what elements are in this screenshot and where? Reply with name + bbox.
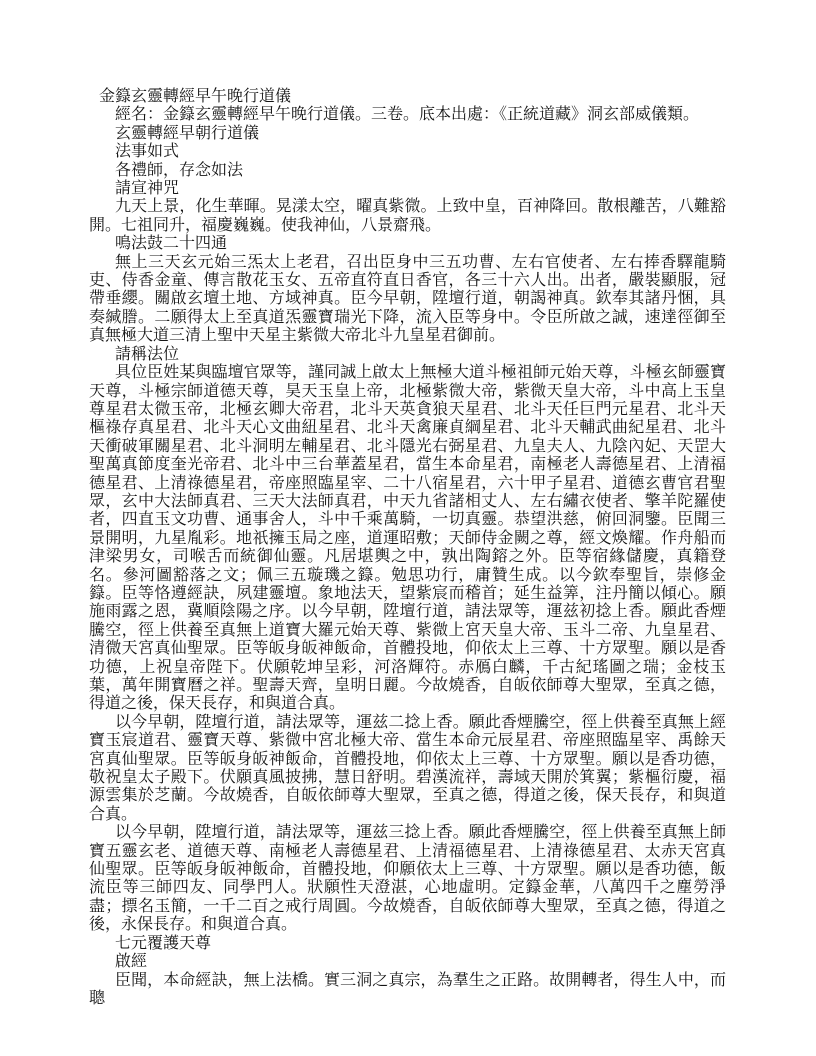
paragraph: 請宣神咒	[89, 180, 726, 198]
paragraph: 經名：金籙玄靈轉經早午晚行道儀。三卷。底本出處：《正統道藏》洞玄部威儀類。	[89, 106, 726, 124]
paragraph: 無上三天玄元始三炁太上老君，召出臣身中三五功曹、左右官使者、左右捧香驛龍騎吏、侍…	[89, 254, 726, 346]
paragraph: 各禮師，存念如法	[89, 162, 726, 180]
paragraph: 以今早朝，陞壇行道，請法眾等，運兹三捻上香。願此香煙騰空，徑上供養至真無上師寶五…	[89, 824, 726, 934]
document-page: 金籙玄靈轉經早午晚行道儀經名：金籙玄靈轉經早午晚行道儀。三卷。底本出處：《正統道…	[0, 0, 816, 1056]
paragraph: 鳴法鼓二十四通	[89, 235, 726, 253]
paragraph: 以今早朝，陞壇行道，請法眾等，運兹二捻上香。願此香煙騰空，徑上供養至真無上經寶玉…	[89, 714, 726, 824]
paragraph: 法事如式	[89, 143, 726, 161]
paragraph: 請稱法位	[89, 346, 726, 364]
text-block: 金籙玄靈轉經早午晚行道儀經名：金籙玄靈轉經早午晚行道儀。三卷。底本出處：《正統道…	[89, 88, 726, 1008]
document-title: 金籙玄靈轉經早午晚行道儀	[89, 88, 726, 106]
paragraph: 七元覆護天尊	[89, 935, 726, 953]
paragraph: 啟經	[89, 953, 726, 971]
paragraph: 臣聞，本命經訣，無上法橋。實三洞之真宗，為羣生之正路。故開轉者，得生人中，而聰	[89, 972, 726, 1009]
paragraph: 具位臣姓某與臨壇官眾等，謹同誠上啟太上無極大道斗極祖師元始天尊，斗極玄師靈寶天尊…	[89, 364, 726, 714]
paragraph: 九天上景，化生華暉。晃漾太空，曜真紫微。上致中皇，百神降回。散根離苦，八難豁開。…	[89, 198, 726, 235]
paragraph: 玄靈轉經早朝行道儀	[89, 125, 726, 143]
